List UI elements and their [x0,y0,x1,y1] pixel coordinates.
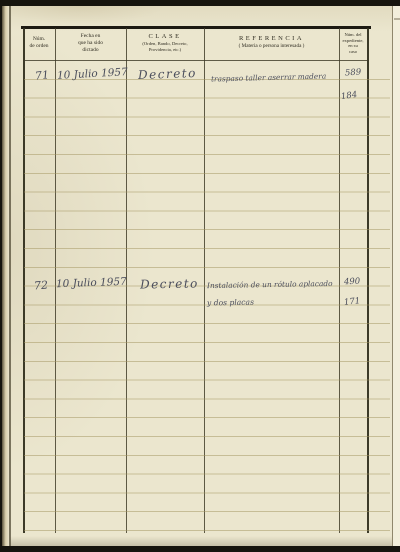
table-top-border [21,26,371,29]
entry-1-num-orden: 71 [29,68,54,83]
entry-1-expediente-1: 589 [345,67,362,78]
column-header-clase: CLASE (Orden, Bando, Decreto, Providenci… [126,32,204,52]
entry-1-clase: Decreto [138,66,197,82]
header-line: caso [339,49,367,55]
header-line: dictado [55,47,126,54]
column-header-fecha: Fecha en que ha sido dictado [55,33,126,54]
column-header-num-expediente: Núm. del expediente, en su caso [339,32,367,54]
header-line: REFERENCIA [204,34,339,43]
entry-2-fecha: 10 Julio 1957 [56,276,127,290]
header-line: ( Materia o persona interesada ) [204,43,339,50]
column-header-referencia: REFERENCIA ( Materia o persona interesad… [204,34,339,50]
ruled-lines [24,61,390,532]
header-line: Fecha en [55,33,126,40]
entry-2-referencia-line-2: y dos placas [207,298,254,308]
scanned-register-page: Núm. de orden Fecha en que ha sido dicta… [0,0,400,552]
entry-2-expediente-2: 171 [344,296,361,308]
header-line: Núm. [23,36,55,43]
header-line: que ha sido [55,40,126,47]
header-line: Providencia, etc.) [126,47,204,53]
binding-shadow-line [9,6,11,546]
entry-2-expediente-1: 490 [344,277,361,288]
header-line: de orden [23,43,55,50]
entry-2-clase: Decreto [140,276,199,291]
edge-smudge [394,18,400,20]
entry-2-num-orden: 72 [28,278,55,293]
header-line: CLASE [126,32,204,41]
column-header-num-orden: Núm. de orden [23,36,55,50]
next-page-edge [392,6,400,546]
